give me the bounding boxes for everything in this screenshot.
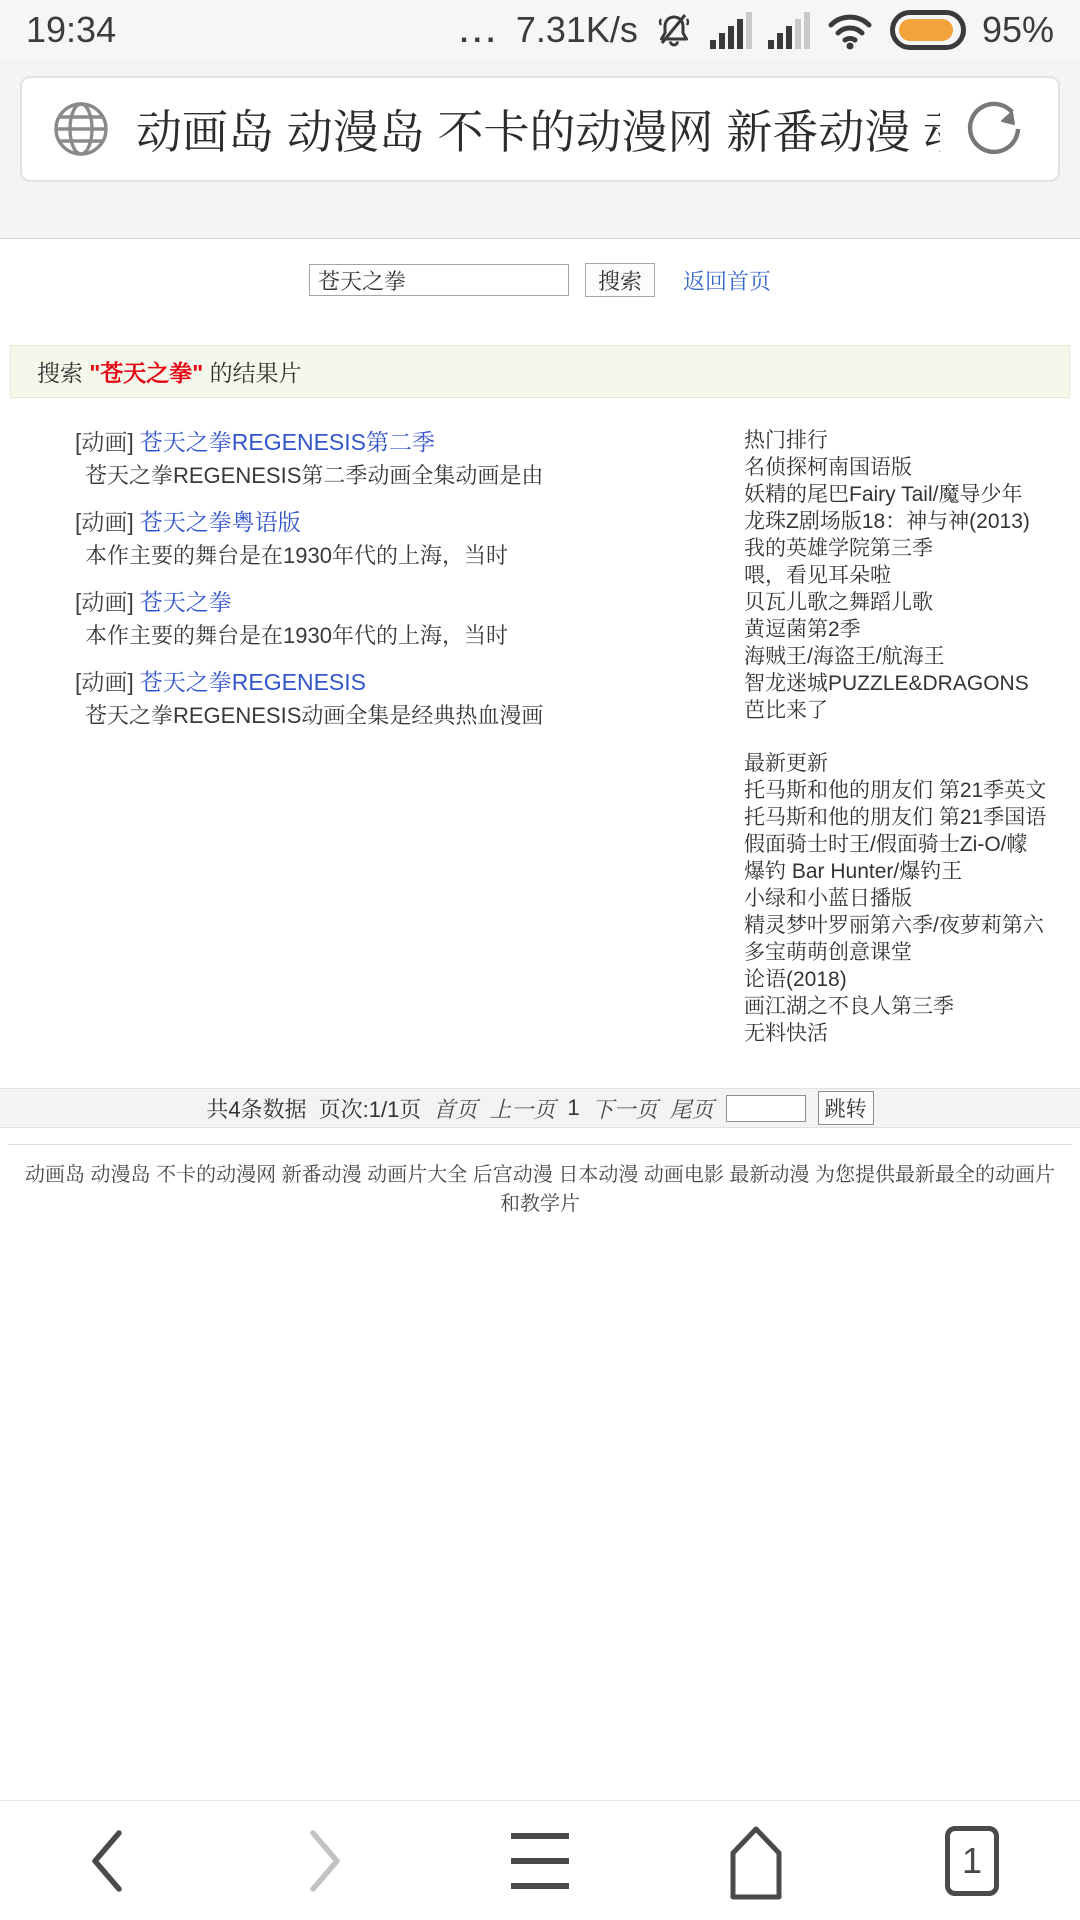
menu-button[interactable]	[432, 1801, 648, 1920]
result-header-prefix: 搜索	[37, 360, 89, 386]
latest-item[interactable]: 托马斯和他的朋友们 第21季国语	[744, 805, 1080, 831]
search-keyword: "苍天之拳"	[89, 360, 203, 386]
hot-item[interactable]: 智龙迷城PUZZLE&DRAGONS	[744, 671, 1080, 697]
result-description: 苍天之拳REGENESIS第二季动画全集动画是由	[75, 462, 744, 490]
result-item: [动画]苍天之拳粤语版 本作主要的舞台是在1930年代的上海，当时	[75, 508, 744, 570]
result-description: 苍天之拳REGENESIS动画全集是经典热血漫画	[75, 702, 744, 730]
latest-item[interactable]: 小绿和小蓝日播版	[744, 886, 1080, 912]
pagination-page-info: 页次:1/1页	[319, 1093, 422, 1124]
result-item: [动画]苍天之拳REGENESIS 苍天之拳REGENESIS动画全集是经典热血…	[75, 668, 744, 730]
result-title-link[interactable]: 苍天之拳REGENESIS	[140, 669, 366, 695]
hot-item[interactable]: 名侦探柯南国语版	[744, 455, 1080, 481]
wifi-icon	[826, 10, 874, 50]
address-bar[interactable]: 动画岛 动漫岛 不卡的动漫网 新番动漫 动...	[20, 76, 1060, 182]
hot-item[interactable]: 喂，看见耳朵啦	[744, 563, 1080, 589]
tab-count-icon: 1	[945, 1826, 999, 1896]
latest-item[interactable]: 精灵梦叶罗丽第六季/夜萝莉第六	[744, 913, 1080, 939]
latest-item[interactable]: 无料快活	[744, 1021, 1080, 1047]
latest-item[interactable]: 托马斯和他的朋友们 第21季英文	[744, 778, 1080, 804]
result-description: 本作主要的舞台是在1930年代的上海，当时	[75, 542, 744, 570]
search-result-header: 搜索 "苍天之拳" 的结果片	[10, 345, 1070, 398]
page-footer-text: 动画岛 动漫岛 不卡的动漫网 新番动漫 动画片大全 后宫动漫 日本动漫 动画电影…	[0, 1145, 1080, 1229]
browser-chrome: 动画岛 动漫岛 不卡的动漫网 新番动漫 动...	[0, 60, 1080, 239]
jump-button[interactable]: 跳转	[818, 1091, 874, 1125]
result-header-suffix: 的结果片	[203, 360, 301, 386]
latest-item[interactable]: 假面骑士时王/假面骑士Zi-O/幪	[744, 832, 1080, 858]
jump-page-input[interactable]	[726, 1095, 806, 1122]
browser-bottom-nav: 1	[0, 1800, 1080, 1920]
forward-button[interactable]	[216, 1801, 432, 1920]
search-form: 搜索 返回首页	[0, 239, 1080, 319]
last-page-link[interactable]: 尾页	[670, 1093, 714, 1124]
latest-item[interactable]: 论语(2018)	[744, 967, 1080, 993]
result-title-line: [动画]苍天之拳REGENESIS第二季	[75, 428, 744, 456]
result-category: [动画]	[75, 589, 134, 615]
sidebar: 热门排行 名侦探柯南国语版 妖精的尾巴Fairy Tail/魔导少年 龙珠Z剧场…	[744, 428, 1080, 1048]
network-speed: 7.31K/s	[516, 9, 638, 51]
next-page-link[interactable]: 下一页	[592, 1093, 658, 1124]
result-title-line: [动画]苍天之拳REGENESIS	[75, 668, 744, 696]
home-button[interactable]	[648, 1801, 864, 1920]
hot-ranking-title: 热门排行	[744, 428, 1080, 454]
status-bar: 19:34 ... 7.31K/s	[0, 0, 1080, 60]
signal-sim2-icon	[768, 10, 810, 50]
search-input[interactable]	[309, 264, 569, 296]
result-item: [动画]苍天之拳REGENESIS第二季 苍天之拳REGENESIS第二季动画全…	[75, 428, 744, 490]
refresh-icon[interactable]	[966, 98, 1028, 160]
latest-item[interactable]: 爆钓 Bar Hunter/爆钓王	[744, 859, 1080, 885]
battery-icon	[890, 10, 966, 50]
latest-item[interactable]: 多宝萌萌创意课堂	[744, 940, 1080, 966]
clock: 19:34	[26, 9, 116, 51]
current-page-number[interactable]: 1	[567, 1095, 579, 1121]
more-notifications-icon: ...	[460, 16, 500, 50]
mute-bell-icon	[654, 10, 694, 50]
result-category: [动画]	[75, 669, 134, 695]
first-page-link[interactable]: 首页	[433, 1093, 477, 1124]
globe-icon	[52, 100, 110, 158]
sidebar-gap	[744, 725, 1080, 751]
tab-count: 1	[962, 1840, 982, 1882]
result-description: 本作主要的舞台是在1930年代的上海，当时	[75, 622, 744, 650]
result-item: [动画]苍天之拳 本作主要的舞台是在1930年代的上海，当时	[75, 588, 744, 650]
hot-item[interactable]: 海贼王/海盗王/航海王	[744, 644, 1080, 670]
back-chevron-icon	[88, 1828, 128, 1894]
battery-fill	[899, 19, 953, 41]
result-category: [动画]	[75, 509, 134, 535]
tabs-button[interactable]: 1	[864, 1801, 1080, 1920]
pagination-summary: 共4条数据	[206, 1093, 306, 1124]
content-area: [动画]苍天之拳REGENESIS第二季 苍天之拳REGENESIS第二季动画全…	[0, 428, 1080, 1048]
prev-page-link[interactable]: 上一页	[489, 1093, 555, 1124]
hot-item[interactable]: 黄逗菌第2季	[744, 617, 1080, 643]
result-title-line: [动画]苍天之拳	[75, 588, 744, 616]
result-title-link[interactable]: 苍天之拳REGENESIS第二季	[140, 429, 435, 455]
hot-item[interactable]: 芭比来了	[744, 698, 1080, 724]
latest-update-title: 最新更新	[744, 751, 1080, 777]
pagination-bar: 共4条数据 页次:1/1页 首页 上一页 1 下一页 尾页 跳转	[0, 1088, 1080, 1128]
menu-icon	[510, 1828, 570, 1894]
latest-item[interactable]: 画江湖之不良人第三季	[744, 994, 1080, 1020]
result-title-link[interactable]: 苍天之拳粤语版	[140, 509, 301, 535]
back-home-link[interactable]: 返回首页	[683, 265, 771, 296]
back-button[interactable]	[0, 1801, 216, 1920]
result-list: [动画]苍天之拳REGENESIS第二季 苍天之拳REGENESIS第二季动画全…	[75, 428, 744, 1048]
result-title-link[interactable]: 苍天之拳	[140, 589, 232, 615]
web-page: 搜索 返回首页 搜索 "苍天之拳" 的结果片 [动画]苍天之拳REGENESIS…	[0, 239, 1080, 1229]
hot-item[interactable]: 龙珠Z剧场版18：神与神(2013)	[744, 509, 1080, 535]
signal-sim1-icon	[710, 10, 752, 50]
page-title[interactable]: 动画岛 动漫岛 不卡的动漫网 新番动漫 动...	[136, 96, 940, 162]
result-title-line: [动画]苍天之拳粤语版	[75, 508, 744, 536]
hot-item[interactable]: 我的英雄学院第三季	[744, 536, 1080, 562]
hot-item[interactable]: 妖精的尾巴Fairy Tail/魔导少年	[744, 482, 1080, 508]
battery-percent: 95%	[982, 9, 1054, 51]
search-button[interactable]: 搜索	[585, 263, 655, 297]
hot-item[interactable]: 贝瓦儿歌之舞蹈儿歌	[744, 590, 1080, 616]
result-category: [动画]	[75, 429, 134, 455]
home-icon	[725, 1821, 787, 1901]
forward-chevron-icon	[304, 1828, 344, 1894]
